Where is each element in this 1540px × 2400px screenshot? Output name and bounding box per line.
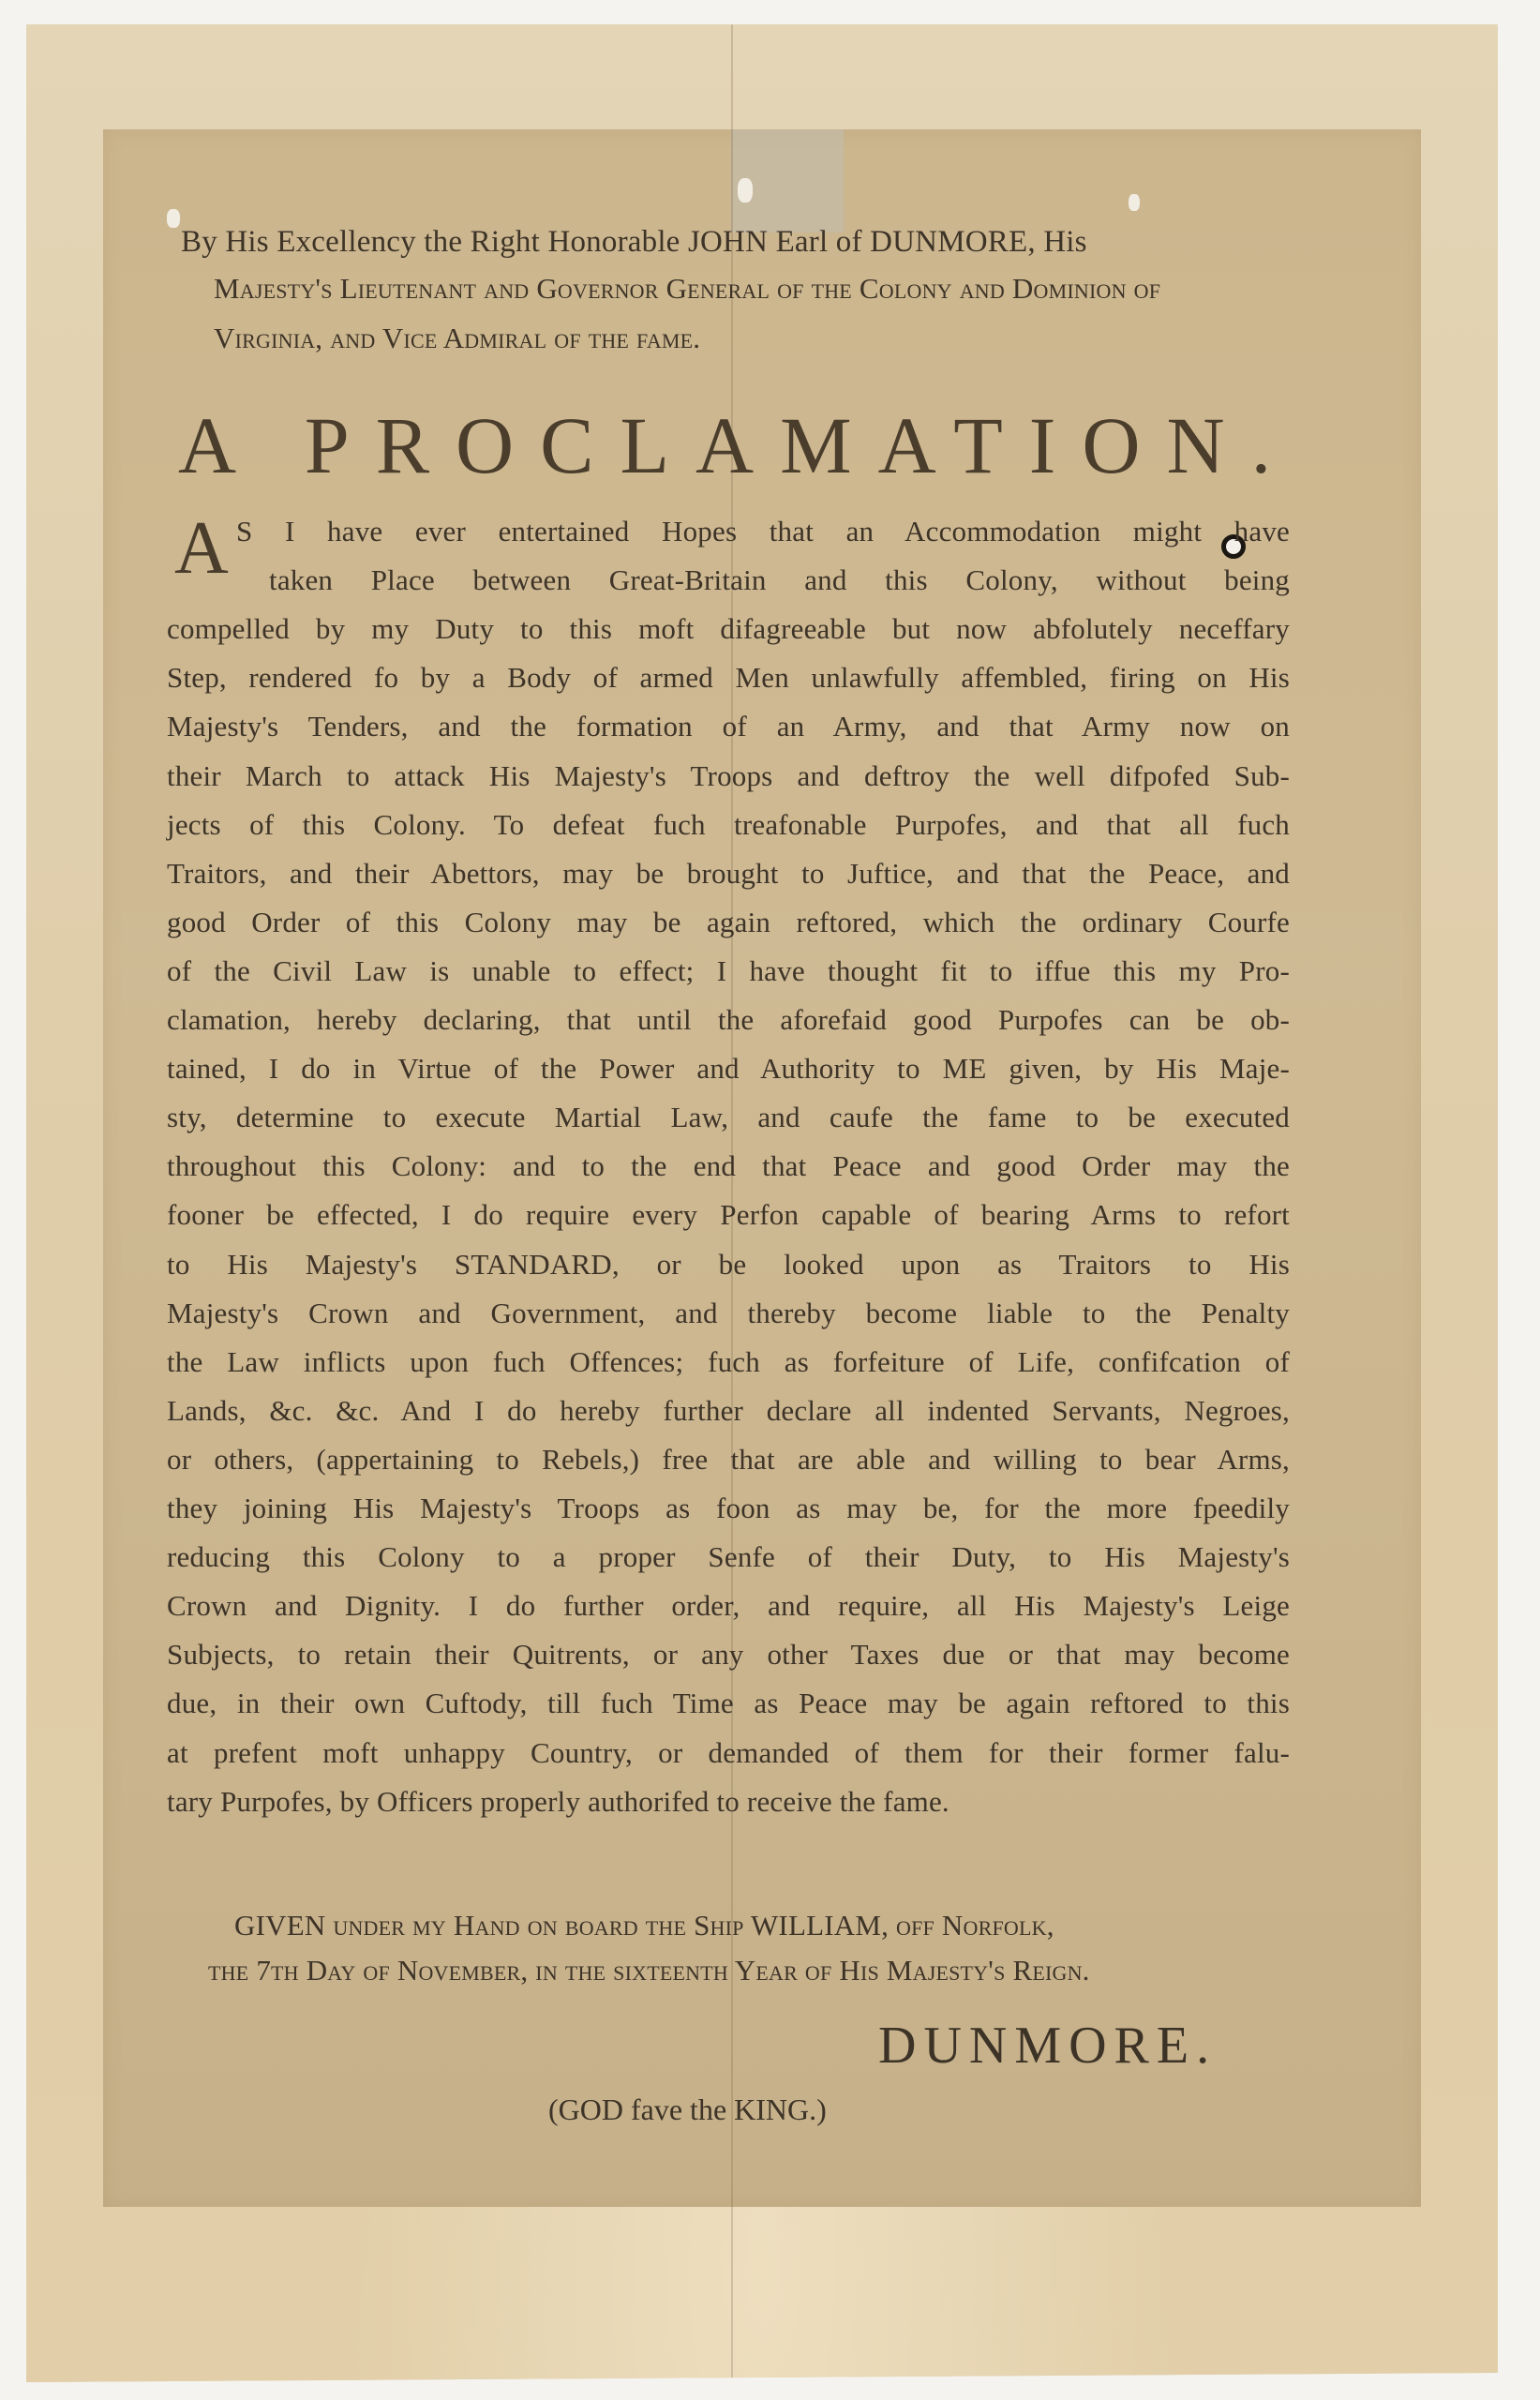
body-line: they joining His Majesty's Troops as foo… (167, 1492, 1290, 1525)
body-line: tary Purpofes, by Officers properly auth… (167, 1785, 1290, 1819)
body-line: compelled by my Duty to this moft difagr… (167, 612, 1290, 646)
header-line-2: Majesty's Lieutenant and Governor Genera… (214, 272, 1160, 306)
body-line: or others, (appertaining to Rebels,) fre… (167, 1443, 1290, 1477)
header-line-3: Virginia, and Vice Admiral of the fame. (214, 322, 700, 355)
god-save-the-king: (GOD fave the KING.) (548, 2092, 827, 2127)
page-title: A PROCLAMATION. (178, 398, 1289, 492)
date-line: the 7th Day of November, in the sixteent… (208, 1954, 1090, 1987)
body-line: clamation, hereby declaring, that until … (167, 1003, 1290, 1037)
body-line: reducing this Colony to a proper Senfe o… (167, 1540, 1290, 1574)
given-line: GIVEN under my Hand on board the Ship WI… (234, 1909, 1054, 1942)
paper-tear-mark (738, 178, 753, 202)
drop-cap: A (174, 511, 229, 586)
body-line: taken Place between Great-Britain and th… (269, 563, 1290, 597)
body-line: Subjects, to retain their Quitrents, or … (167, 1638, 1290, 1672)
body-line: Lands, &c. &c. And I do hereby further d… (167, 1394, 1290, 1428)
paper-tear-mark (167, 209, 180, 228)
paper-tear-mark (1129, 194, 1140, 211)
header-line-1: By His Excellency the Right Honorable JO… (181, 225, 1087, 260)
body-line: jects of this Colony. To defeat fuch tre… (167, 808, 1290, 842)
body-line: Crown and Dignity. I do further order, a… (167, 1589, 1290, 1623)
body-line: due, in their own Cuftody, till fuch Tim… (167, 1687, 1290, 1720)
body-line: Majesty's Crown and Government, and ther… (167, 1297, 1290, 1330)
body-line: fooner be effected, I do require every P… (167, 1198, 1290, 1232)
body-line: Traitors, and their Abettors, may be bro… (167, 857, 1290, 891)
body-line: at prefent moft unhappy Country, or dema… (167, 1736, 1290, 1770)
body-line: their March to attack His Majesty's Troo… (167, 759, 1290, 793)
body-line: of the Civil Law is unable to effect; I … (167, 954, 1290, 988)
body-line: Majesty's Tenders, and the formation of … (167, 710, 1290, 743)
body-line: to His Majesty's STANDARD, or be looked … (167, 1248, 1290, 1282)
body-line: S I have ever entertained Hopes that an … (236, 515, 1290, 548)
signature: DUNMORE. (878, 2016, 1217, 2076)
body-line: throughout this Colony: and to the end t… (167, 1149, 1290, 1183)
body-line: tained, I do in Virtue of the Power and … (167, 1052, 1290, 1086)
body-line: sty, determine to execute Martial Law, a… (167, 1101, 1290, 1134)
body-line: Step, rendered fo by a Body of armed Men… (167, 661, 1290, 695)
body-line: good Order of this Colony may be again r… (167, 906, 1290, 939)
body-line: the Law inflicts upon fuch Offences; fuc… (167, 1345, 1290, 1379)
